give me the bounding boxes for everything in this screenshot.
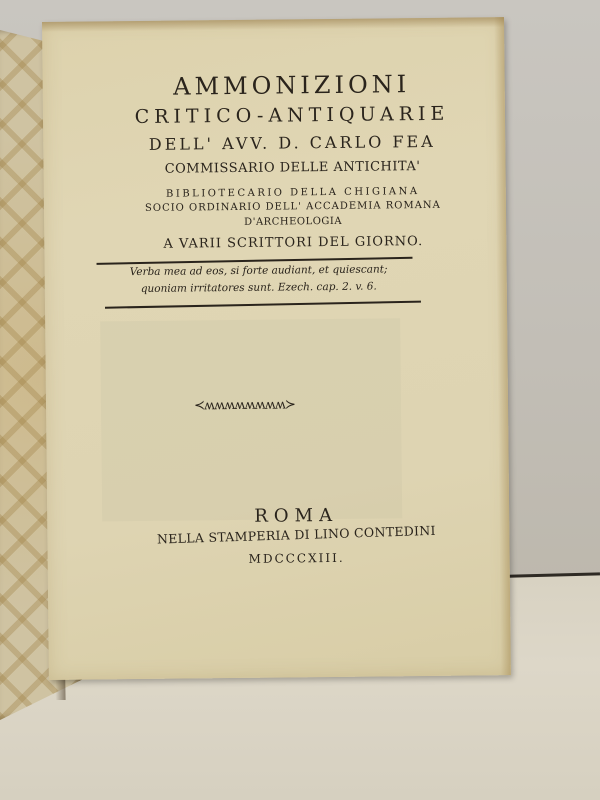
- author-role: BIBLIOTECARIO DELLA CHIGIANA: [44, 185, 524, 201]
- title-page: AMMONIZIONI CRITICO-ANTIQUARIE DELL' AVV…: [42, 17, 511, 680]
- book-title: AMMONIZIONI: [43, 69, 523, 102]
- author-role: D'ARCHEOLOGIA: [44, 214, 524, 230]
- imprint-year: MDCCCXIII.: [48, 549, 528, 568]
- show-through-text: [100, 318, 402, 521]
- ornament-icon: ≺ʍʍʍʍʍʍʍʍ≻: [194, 397, 295, 413]
- author-role: COMMISSARIO DELLE ANTICHITA': [43, 158, 523, 178]
- author-role: SOCIO ORDINARIO DELL' ACCADEMIA ROMANA: [44, 199, 524, 215]
- epigraph-line: Verba mea ad eos, si forte audiant, et q…: [99, 263, 419, 278]
- dedication: A VARII SCRITTORI DEL GIORNO.: [44, 233, 524, 253]
- epigraph-line: quoniam irritatores sunt. Ezech. cap. 2.…: [99, 280, 419, 295]
- rule-divider-bottom: [105, 301, 421, 309]
- author-line: DELL' AVV. D. CARLO FEA: [43, 131, 523, 155]
- book-subtitle: CRITICO-ANTIQUARIE: [43, 102, 523, 129]
